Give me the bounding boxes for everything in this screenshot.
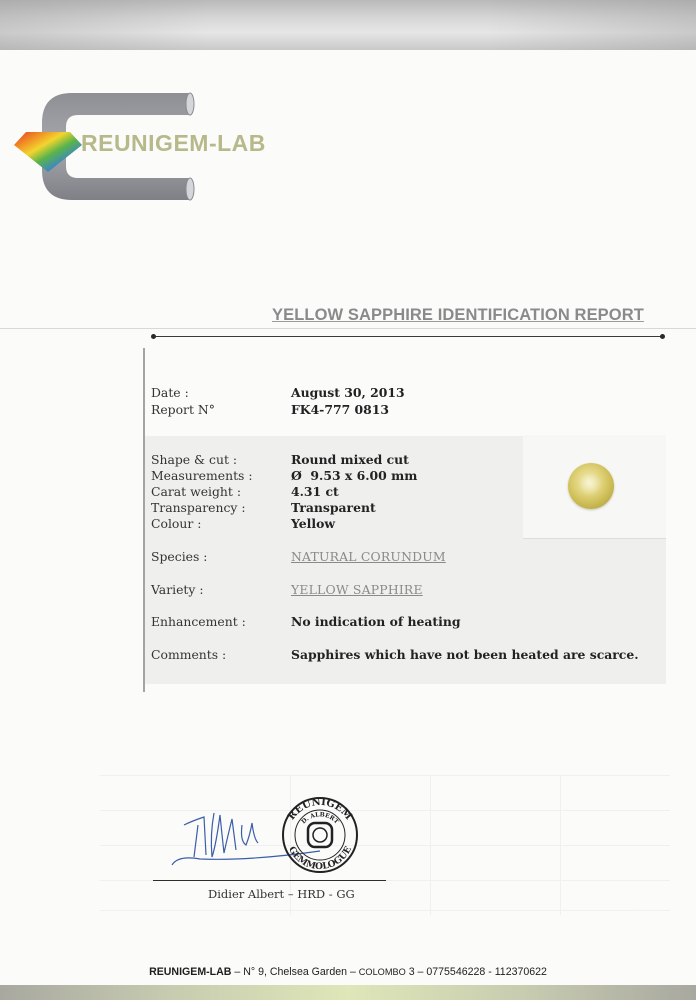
date-value: August 30, 2013 [291,385,405,401]
comments-value: Sapphires which have not been heated are… [291,647,639,663]
footer-street: – N° 9, Chelsea Garden – [231,966,358,978]
gemmologue-stamp-icon: REUNIGEM D. ALBERT GEMMOLOGUE [283,797,357,872]
yellow-gemstone-icon [568,463,614,509]
footer-address: REUNIGEM-LAB – N° 9, Chelsea Garden – CO… [0,966,696,978]
carat-weight-label: Carat weight : [151,484,241,500]
shape-cut-label: Shape & cut : [151,452,237,468]
variety-value: YELLOW SAPPHIRE [291,582,423,598]
footer-brand: REUNIGEM-LAB [149,966,231,978]
species-value: NATURAL CORUNDUM [291,549,446,565]
scan-edge-bottom [0,985,696,1000]
measurements-label: Measurements : [151,468,253,484]
comments-label: Comments : [151,647,226,663]
gem-photo [523,435,666,539]
svg-text:REUNIGEM: REUNIGEM [286,797,354,822]
measurements-value: Ø 9.53 x 6.00 mm [291,468,417,484]
signature-stamp: REUNIGEM D. ALBERT GEMMOLOGUE [170,795,370,877]
carat-weight-value: 4.31 ct [291,484,339,500]
scan-edge-top [0,0,696,50]
enhancement-value: No indication of heating [291,614,461,630]
date-label: Date : [151,385,189,401]
paper-fold-line [0,328,696,329]
report-number-value: FK4-777 0813 [291,402,389,418]
variety-label: Variety : [151,582,204,598]
logo-wordmark: REUNIGEM-LAB [81,130,266,157]
transparency-label: Transparency : [151,500,246,516]
footer-phones: 3 – 0775546228 - 112370622 [406,966,547,978]
signer-name: Didier Albert – HRD - GG [208,887,355,901]
report-number-label: Report N° [151,402,215,418]
footer-city: COLOMBO [359,967,406,977]
lab-logo: REUNIGEM-LAB [12,90,302,202]
colour-value: Yellow [291,516,335,532]
svg-text:GEMMOLOGUE: GEMMOLOGUE [286,845,354,872]
enhancement-label: Enhancement : [151,614,246,630]
title-divider [153,336,663,337]
transparency-value: Transparent [291,500,376,516]
shape-cut-value: Round mixed cut [291,452,409,468]
colour-label: Colour : [151,516,201,532]
signature-line [153,880,386,881]
species-label: Species : [151,549,207,565]
report-title: YELLOW SAPPHIRE IDENTIFICATION REPORT [272,306,644,325]
